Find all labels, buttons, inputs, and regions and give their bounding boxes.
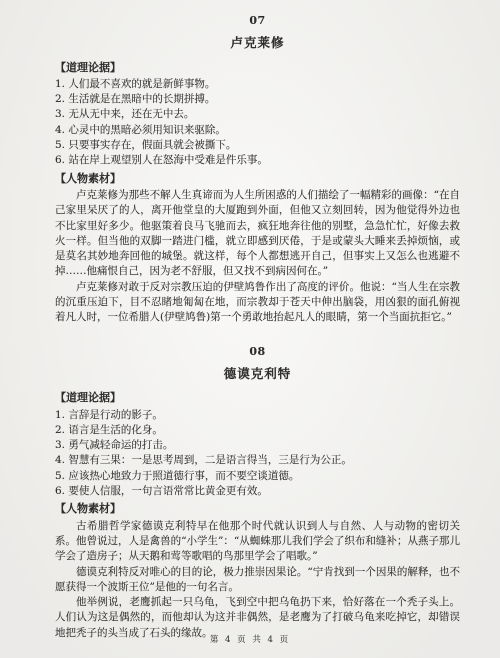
material-paragraph: 古希腊哲学家德谟克利特早在他那个时代就认识到人与自然、人与动物的密切关系。他曾说… [55,519,460,565]
principle-item: 3. 无从无中来，还在无中去。 [55,107,460,122]
section-08-material-header: 【人物素材】 [55,501,460,516]
section-07-title: 卢克莱修 [55,35,460,50]
section-08-number: 08 [55,344,460,359]
scanned-document-page: 07 卢克莱修 【道理论据】 1. 人们最不喜欢的就是新鲜事物。 2. 生活就是… [0,0,500,658]
material-paragraph: 卢克莱修对敢于反对宗教压迫的伊壁鸠鲁作出了高度的评价。他说：“当人生在宗教的沉重… [55,280,460,326]
principle-item: 4. 智慧有三果：一是思考周到，二是语言得当，三是行为公正。 [55,453,460,468]
principle-item: 6. 要使人信服，一句言语常常比黄金更有效。 [55,484,460,499]
material-paragraph: 卢克莱修为那些不解人生真谛而为人生所困惑的人们描绘了一幅精彩的画像：“在自己家里… [55,188,460,280]
principle-item: 6. 站在岸上观望别人在怒海中受难是件乐事。 [55,153,460,168]
section-08-title: 德谟克利特 [55,366,460,381]
principle-item: 1. 人们最不喜欢的就是新鲜事物。 [55,77,460,92]
principle-item: 3. 勇气减轻命运的打击。 [55,438,460,453]
section-07-principle-list: 1. 人们最不喜欢的就是新鲜事物。 2. 生活就是在黑暗中的长期拼搏。 3. 无… [55,77,460,169]
principle-item: 5. 只要事实存在，假面具就会被撕下。 [55,138,460,153]
section-08-principle-list: 1. 言辞是行动的影子。 2. 语言是生活的化身。 3. 勇气减轻命运的打击。 … [55,408,460,500]
section-07-number: 07 [55,13,460,28]
principle-item: 2. 生活就是在黑暗中的长期拼搏。 [55,92,460,107]
section-divider-space [55,326,460,344]
principle-item: 5. 应该热心地致力于照道德行事，而不要空谈道德。 [55,469,460,484]
section-08-principle-header: 【道理论据】 [55,390,460,405]
material-paragraph: 德谟克利特反对唯心的目的论，极力推崇因果论。“宁肯找到一个因果的解释，也不愿获得… [55,565,460,596]
principle-item: 1. 言辞是行动的影子。 [55,408,460,423]
section-07-principle-header: 【道理论据】 [55,60,460,75]
principle-item: 2. 语言是生活的化身。 [55,423,460,438]
principle-item: 4. 心灵中的黑暗必须用知识来驱除。 [55,123,460,138]
page-footer: 第 4 页 共 4 页 [0,633,500,648]
section-07-material-header: 【人物素材】 [55,171,460,186]
